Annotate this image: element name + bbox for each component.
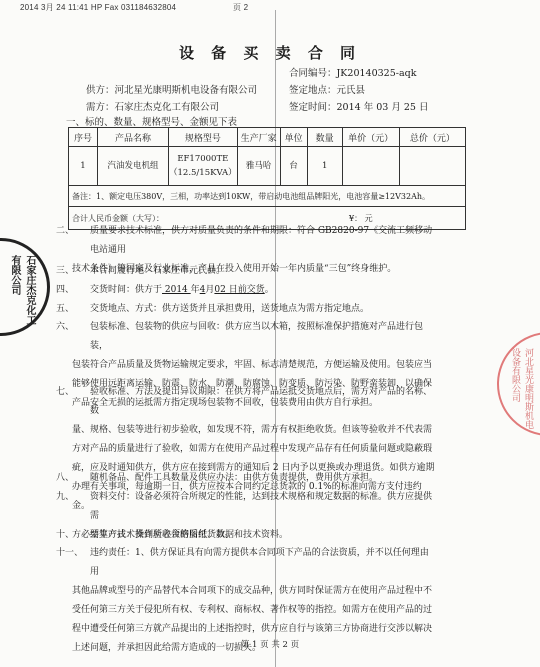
- contract-number: 合同编号：JK20140325-aqk: [289, 65, 416, 79]
- clause-text: 交货时间：供方于 2014 年4月02 日前交货。: [56, 281, 436, 300]
- cell-name: 汽油发电机组: [98, 147, 169, 186]
- clause-8: 八、 随机备品、配件工具数量及供应办法：由供方负责提供，费用供方承担。: [56, 469, 436, 488]
- header-maker: 生产厂家: [237, 128, 280, 147]
- clause-text: 随机备品、配件工具数量及供应办法：由供方负责提供，费用供方承担。: [56, 469, 436, 488]
- fax-page-number: 页 2: [233, 2, 248, 13]
- buyer: 需方：石家庄杰克化工有限公司: [86, 99, 219, 113]
- clause-text: 结算方式：货到验收合格后付货款。: [56, 526, 436, 545]
- header-total-price: 总价（元）: [399, 128, 465, 147]
- items-table: 序号 产品名称 规格型号 生产厂家 单位 数量 单价（元） 总价（元） 1 汽油…: [68, 127, 466, 230]
- cell-maker: 雅马哈: [237, 147, 280, 186]
- table-header-row: 序号 产品名称 规格型号 生产厂家 单位 数量 单价（元） 总价（元）: [69, 128, 466, 147]
- model-line-2: （12.5/15KVA）: [169, 168, 237, 178]
- cell-qty: 1: [307, 147, 342, 186]
- clause-number: 八、: [56, 469, 74, 488]
- clause-5: 五、 交货地点、方式：供方送货并且承担费用，送货地点为需方指定地点。: [56, 300, 436, 319]
- clause-number: 六、: [56, 318, 74, 337]
- clause-text: 违约责任：1、供方保证具有向需方提供本合同项下产品的合法资质，并不以任何理由用: [56, 544, 436, 582]
- model-line-1: EF17000TE: [177, 154, 228, 164]
- clause-text: 资料交付：设备必须符合所规定的性能，达到技术规格和规定数据的标准。供方应提供需: [56, 488, 436, 526]
- clause-number: 二、: [56, 222, 74, 241]
- fax-header-text: 2014 3月 24 11:41 HP Fax 031184632804: [20, 3, 176, 12]
- delivery-day: 02 日前交货: [214, 285, 264, 295]
- header-unit: 单位: [280, 128, 307, 147]
- clause-3: 三、 本合同履行地：石家庄市元氏县。: [56, 262, 436, 281]
- clause-text: 质量要求技术标准，供方对质量负责的条件和期限：符合 GB2820-97《交流工频…: [56, 222, 436, 260]
- header-no: 序号: [69, 128, 98, 147]
- cell-unit-price: [342, 147, 399, 186]
- sign-place: 签定地点：元氏县: [289, 82, 365, 96]
- company-seal-left: 石家庄杰克化工有限公司: [0, 238, 50, 336]
- delivery-text: 交货时间：供方于: [90, 285, 162, 295]
- seal-text: 河北星光康明斯机电设备有限公司: [509, 348, 535, 434]
- document-title: 设 备 买 卖 合 同: [0, 42, 540, 63]
- fax-header: 2014 3月 24 11:41 HP Fax 031184632804 页 2: [20, 2, 176, 13]
- clause-10: 十、 结算方式：货到验收合格后付货款。: [56, 526, 436, 545]
- clause-4: 四、 交货时间：供方于 2014 年4月02 日前交货。: [56, 281, 436, 300]
- clause-text: 交货地点、方式：供方送货并且承担费用，送货地点为需方指定地点。: [56, 300, 436, 319]
- section-1-title: 一、标的、数量、规格型号、金额见下表: [66, 114, 237, 128]
- header-qty: 数量: [307, 128, 342, 147]
- supplier: 供方：河北星光康明斯机电设备有限公司: [86, 82, 257, 96]
- clause-number: 十、: [56, 526, 74, 545]
- table-row: 1 汽油发电机组 EF17000TE（12.5/15KVA） 雅马哈 台 1: [69, 147, 466, 186]
- clause-number: 五、: [56, 300, 74, 319]
- clause-number: 四、: [56, 281, 74, 300]
- sign-date: 签定时间：2014 年 03 月 25 日: [289, 99, 428, 113]
- cell-total-price: [399, 147, 465, 186]
- clause-number: 九、: [56, 488, 74, 507]
- clause-number: 十一、: [56, 544, 83, 563]
- header-model: 规格型号: [169, 128, 238, 147]
- table-note-row: 备注：1、额定电压380V，三相，功率达到10KW，带启动电池组品牌阳光，电池容…: [69, 186, 466, 207]
- period: 。: [265, 285, 274, 295]
- cell-model: EF17000TE（12.5/15KVA）: [169, 147, 238, 186]
- seal-text: 石家庄杰克化工有限公司: [7, 255, 37, 333]
- year-label: 年: [191, 285, 200, 295]
- company-seal-right: 河北星光康明斯机电设备有限公司: [497, 332, 540, 436]
- clause-text: 本合同履行地：石家庄市元氏县。: [56, 262, 436, 281]
- clause-text: 包装标准、包装物的供应与回收：供方应当以木箱，按照标准保护措施对产品进行包装，: [56, 318, 436, 356]
- table-note: 备注：1、额定电压380V，三相，功率达到10KW，带启动电池组品牌阳光，电池容…: [69, 186, 466, 207]
- cell-no: 1: [69, 147, 98, 186]
- header-unit-price: 单价（元）: [342, 128, 399, 147]
- clause-text: 验收标准、方法及提出异议期限：在供方将产品运抵交货地点后，需方对产品的名称、数: [56, 383, 436, 421]
- clause-number: 七、: [56, 383, 74, 402]
- delivery-year: 2014: [162, 285, 191, 295]
- cell-unit: 台: [280, 147, 307, 186]
- page-footer: 第 1 页 共 2 页: [0, 638, 540, 650]
- clause-number: 三、: [56, 262, 74, 281]
- header-name: 产品名称: [98, 128, 169, 147]
